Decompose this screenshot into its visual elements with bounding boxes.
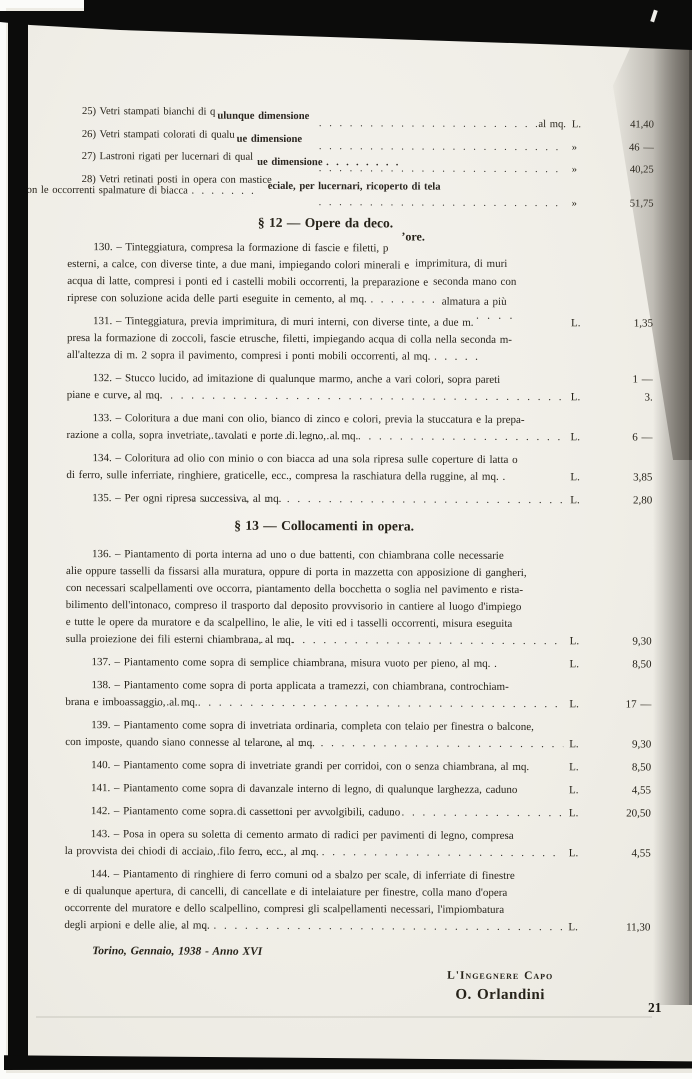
currency-symbol: L.	[564, 492, 604, 509]
text-line: . . . . . . . . . . . . . . . . . . . . …	[68, 196, 654, 210]
page-footer: Torino, Gennaio, 1938 - Anno XVI L'Ingeg…	[64, 944, 650, 1005]
line-text: bilimento dell'intonaco, compreso il tra…	[66, 597, 522, 616]
text-line: la provvista dei chiodi di acciaio, filo…	[65, 843, 651, 863]
line-text: piane e curve, al mq.	[67, 387, 124, 404]
currency-symbol: L.	[566, 119, 606, 130]
text-line: 135. – Per ogni ripresa successiva, al m…	[66, 490, 652, 510]
line-text: brana e imboassaggio, al mq.	[65, 694, 140, 711]
line-text: riprese con soluzione acida delle parti …	[67, 290, 435, 309]
line-text: 139. – Piantamento come sopra di invetri…	[91, 717, 534, 736]
leader-pad	[68, 125, 314, 126]
price-amount: 11,30	[602, 919, 650, 936]
section-heading-text: § 13 — Collocamenti in opera.	[234, 517, 414, 533]
line-text: all'altezza di m. 2 sopra il pavimento, …	[67, 347, 478, 366]
price-item-130: 130. – Tinteggiatura, compresa la formaz…	[67, 239, 653, 310]
dot-leader: . . . . . . . . . . . . . . . . . . . . …	[314, 197, 566, 209]
currency-symbol: L.	[562, 919, 602, 936]
leader-pad	[68, 204, 314, 205]
line-text: esterni, a calce, con diverse tinte, a d…	[67, 256, 409, 274]
price-item-136: 136. – Piantamento di porta interna ad u…	[66, 546, 652, 651]
price-amount: 20,50	[603, 805, 651, 822]
price-amount: 4,55	[603, 845, 651, 862]
page-content: 25) Vetri stampati bianchi di qulunque d…	[64, 106, 654, 1004]
price-item-144: 144. – Piantamento di ringhiere di ferro…	[64, 866, 650, 937]
line-text: 130. – Tinteggiatura, compresa la formaz…	[93, 239, 388, 257]
line-text: e di qualunque apertura, di cancelli, di…	[65, 883, 508, 902]
currency-symbol: L.	[563, 805, 603, 822]
scanned-document-page: 25) Vetri stampati bianchi di qulunque d…	[0, 0, 692, 1079]
line-text: 28) Vetri retinati posti in opera con ma…	[82, 174, 272, 186]
line-text: 143. – Posa in opera su soletta di cemen…	[91, 826, 514, 845]
line-text: 137. – Piantamento come sopra di semplic…	[92, 654, 497, 673]
line-text: 27) Lastroni rigati per lucernari di qua…	[82, 151, 253, 163]
currency-symbol: L.	[565, 389, 605, 406]
signature-title: L'Ingegnere Capo	[420, 968, 580, 983]
currency-symbol: »	[566, 142, 606, 153]
text-line: degli arpioni e delle alie, al mq.. . . …	[64, 917, 650, 937]
line-text: 141. – Piantamento come sopra di davanza…	[91, 780, 517, 799]
currency-symbol: L.	[563, 845, 603, 862]
text-line: di ferro, sulle inferriate, ringhiere, g…	[66, 467, 652, 487]
price-item-132: 132. – Stucco lucido, ad imitazione di q…	[67, 370, 653, 407]
line-text: presa la formazione di zoccoli, fascie e…	[67, 330, 512, 349]
dot-leader: . . . . . . . . . . . . . . . . . . . . …	[140, 694, 563, 713]
dot-leader: . . . . . . . . . . . . . . . . . . . . …	[314, 118, 539, 130]
price-item-141: 141. – Piantamento come sopra di davanza…	[65, 780, 651, 800]
currency-symbol: L.	[565, 315, 605, 332]
price-item-142: 142. – Piantamento come sopra di cassett…	[65, 803, 651, 823]
price-item-137: 137. – Piantamento come sopra di semplic…	[66, 654, 652, 674]
signature-block: L'Ingegnere Capo O. Orlandini	[420, 968, 580, 1004]
section-heading-text: § 12 — Opere da deco.	[258, 215, 393, 231]
line-text: la provvista dei chiodi di acciaio, filo…	[65, 843, 191, 861]
unit-label: al mq.	[538, 119, 566, 130]
line-text: 25) Vetri stampati bianchi di q	[82, 106, 215, 118]
line-text: di ferro, sulle inferriate, ringhiere, g…	[66, 467, 505, 486]
text-line: piane e curve, al mq.. . . . . . . . . .…	[67, 387, 653, 407]
currency-symbol: L.	[563, 736, 603, 753]
section-13: § 13 — Collocamenti in opera.136. – Pian…	[64, 517, 652, 937]
leader-pad	[68, 170, 314, 171]
dot-leader: . . . . . . . . . . . . . . . . . . . . …	[182, 631, 564, 650]
dot-leader: . . . . . . . . . . . . . . . . . . . . …	[145, 917, 562, 936]
line-text: 131. – Tinteggiatura, previa imprimitura…	[93, 313, 474, 332]
line-text: con necessari scalpellamenti ove occorra…	[66, 580, 523, 599]
misprint-ghost-text: · · · ·	[476, 310, 513, 327]
price-item-139: 139. – Piantamento come sopra di invetri…	[65, 717, 651, 754]
price-item-131: 131. – Tinteggiatura, previa imprimitura…	[67, 313, 653, 367]
text-line: riprese con soluzione acida delle parti …	[67, 290, 653, 310]
currency-symbol: L.	[565, 429, 605, 446]
scan-artifact-crease	[36, 1016, 652, 1018]
line-text: 135. – Per ogni ripresa successiva, al m…	[92, 490, 187, 507]
currency-symbol: L.	[563, 759, 603, 776]
text-line: 137. – Piantamento come sopra di semplic…	[66, 654, 652, 674]
leader-pad	[68, 148, 314, 149]
line-text: 144. – Piantamento di ringhiere di ferro…	[91, 866, 515, 885]
dateline: Torino, Gennaio, 1938 - Anno XVI	[92, 944, 650, 961]
currency-symbol: L.	[563, 782, 603, 799]
section-heading: § 12 — Opere da deco.ʼore.	[67, 214, 653, 233]
text-line: all'altezza di m. 2 sopra il pavimento, …	[67, 347, 653, 367]
line-text: 136. – Piantamento di porta interna ad u…	[92, 546, 504, 565]
section-heading: § 13 — Collocamenti in opera.	[66, 517, 652, 536]
currency-symbol: L.	[563, 696, 603, 713]
section-12: § 12 — Opere da deco.ʼore.130. – Tintegg…	[66, 214, 653, 510]
tariff-sections: § 12 — Opere da deco.ʼore.130. – Tintegg…	[64, 214, 653, 937]
dot-leader: . . . . . . . . . . . . . . . . . . . . …	[123, 387, 564, 406]
misprint-ghost-text: almatura a più	[442, 293, 507, 310]
signature-name: O. Orlandini	[420, 986, 580, 1004]
line-text: acqua di latte, compresi i ponti ed i ca…	[67, 273, 428, 292]
currency-symbol: L.	[564, 633, 604, 650]
line-text: 140. – Piantamento come sopra di invetri…	[91, 757, 529, 776]
line-text: razione a colla, sopra invetriate, tavol…	[67, 427, 206, 445]
line-text: 133. – Coloritura a due mani con olio, b…	[93, 410, 525, 429]
page-surface: 25) Vetri stampati bianchi di qulunque d…	[6, 8, 692, 1073]
price-amount: 8,50	[603, 759, 651, 776]
scan-artifact-right-shadow	[645, 44, 692, 1005]
scan-artifact-left-bar	[8, 14, 28, 1062]
currency-symbol: L.	[564, 656, 604, 673]
line-text: alie oppure tasselli da fissarsi alla mu…	[66, 563, 527, 582]
dot-leader: . . . . . . . . . . . . . . . . . . . . …	[187, 490, 564, 509]
line-text: occorrente del muratore e dello scalpell…	[64, 900, 504, 919]
dot-leader: . . . . . . . . . . . . . . . . . . . . …	[190, 734, 564, 753]
line-text: sulla proiezione dei fili esterni chiamb…	[66, 631, 182, 649]
dot-leader: . . . . . . . . . . . . . . . . . . . . …	[206, 427, 565, 446]
dot-leader: . . . . . . . . . . . . . . . . . . . . …	[228, 803, 562, 821]
line-text: degli arpioni e delle alie, al mq.	[64, 917, 145, 934]
line-text: 138. – Piantamento come sopra di porta a…	[91, 677, 508, 696]
text-line: razione a colla, sopra invetriate, tavol…	[67, 427, 653, 447]
price-amount: 4,55	[603, 782, 651, 799]
misprint-ghost-text: imprimitura, di muri	[415, 255, 507, 272]
currency-symbol: L.	[564, 469, 604, 486]
text-line: 140. – Piantamento come sopra di invetri…	[65, 757, 651, 777]
line-text: e tutte le opere da muratore e da scalpe…	[66, 614, 513, 633]
text-line: con imposte, quando siano connesse al te…	[65, 734, 651, 754]
currency-symbol: »	[566, 165, 606, 176]
line-text: 26) Vetri stampati colorati di qualu	[82, 129, 235, 141]
currency-symbol: »	[566, 199, 606, 210]
price-item-143: 143. – Posa in opera su soletta di cemen…	[65, 826, 651, 863]
price-list-items-25-28: 25) Vetri stampati bianchi di qulunque d…	[68, 106, 654, 210]
price-item-140: 140. – Piantamento come sopra di invetri…	[65, 757, 651, 777]
text-line: brana e imboassaggio, al mq.. . . . . . …	[65, 694, 651, 714]
price-item-138: 138. – Piantamento come sopra di porta a…	[65, 677, 651, 714]
line-text: con imposte, quando siano connesse al te…	[65, 734, 190, 752]
line-text: 142. – Piantamento come sopra di cassett…	[91, 803, 229, 821]
text-line: sulla proiezione dei fili esterni chiamb…	[66, 631, 652, 651]
misprint-ghost-text: seconda mano con	[433, 273, 516, 290]
text-line: 141. – Piantamento come sopra di davanza…	[65, 780, 651, 800]
text-line: 142. – Piantamento come sopra di cassett…	[65, 803, 651, 823]
line-text: e con le occorrenti spalmature di biacca…	[14, 185, 254, 197]
price-item-134: 134. – Coloritura ad olio con minio o co…	[66, 450, 652, 487]
line-text: 132. – Stucco lucido, ad imitazione di q…	[93, 370, 501, 389]
price-item-133: 133. – Coloritura a due mani con olio, b…	[67, 410, 653, 447]
line-text: 134. – Coloritura ad olio con minio o co…	[92, 450, 517, 469]
price-item-135: 135. – Per ogni ripresa successiva, al m…	[66, 490, 652, 510]
dot-leader: . . . . . . . . . . . . . . . . . . . . …	[191, 843, 563, 862]
